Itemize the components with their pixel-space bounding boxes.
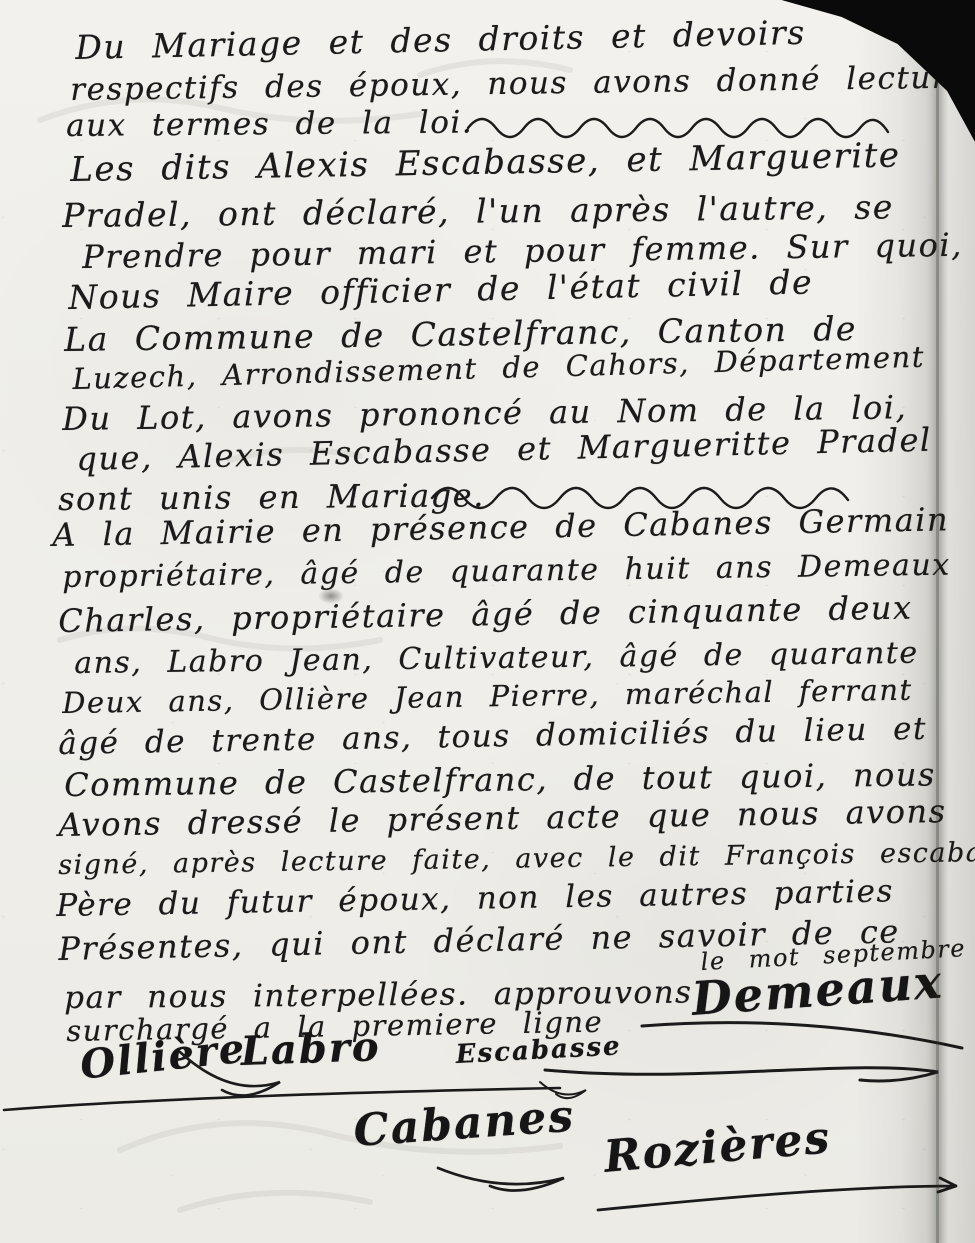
manuscript-line: aux termes de la loi.: [66, 104, 473, 144]
signature-labro: Labro: [240, 1023, 381, 1075]
register-page-scan: Du Mariage et des droits et devoirs resp…: [0, 0, 975, 1243]
